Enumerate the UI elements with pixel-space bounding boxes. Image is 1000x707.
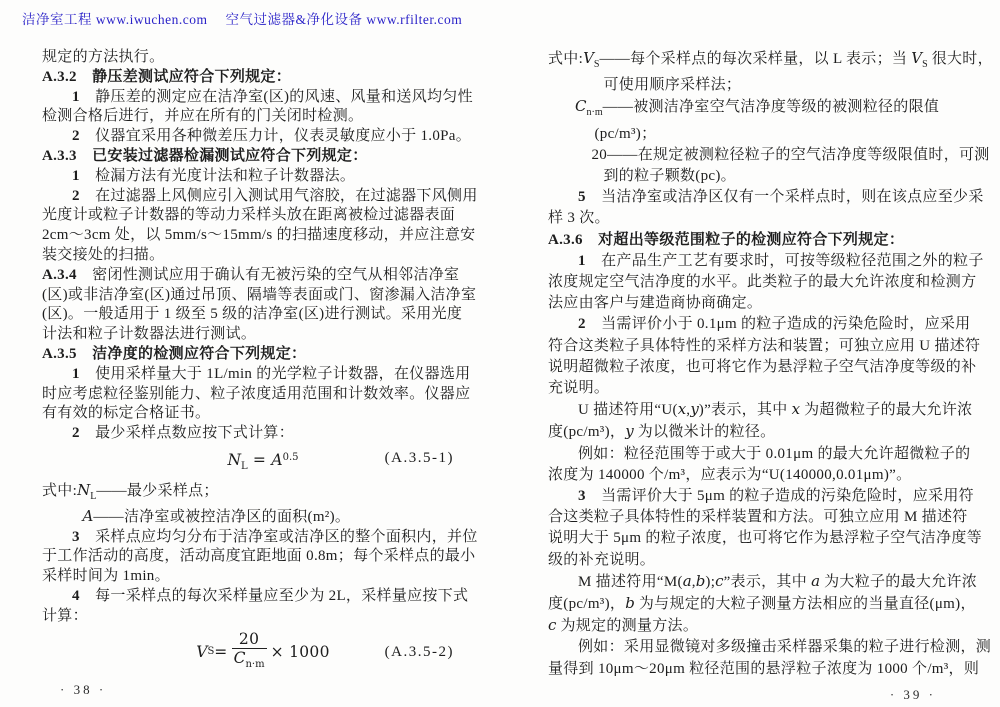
text-run: (pc/m³)； xyxy=(595,126,657,142)
text-run: A.3.2 静压差测试应符合下列规定： xyxy=(42,69,291,85)
text-line: 3 当需评价大于 5μm 的粒子造成的污染危险时，应采用符 xyxy=(548,486,972,507)
text-run: 很大时， xyxy=(928,51,993,67)
text-run: 为规定的测量方法。 xyxy=(556,618,698,634)
fraction-denominator: Cn·m xyxy=(232,649,267,674)
text-run: c xyxy=(715,572,723,590)
text-line: Cn·m——被测洁净室空气洁净度等级的被测粒径的限值 xyxy=(548,96,972,123)
text-run: a xyxy=(811,572,820,590)
text-run: 静压差的测定应在洁净室(区)的风速、风量和送风均匀性 xyxy=(80,89,473,105)
text-line: 有有效的标定合格证书。 xyxy=(42,404,484,424)
text-run: S xyxy=(207,646,214,657)
text-line: 2cm～3cm 处，以 5mm/s～15mm/s 的扫描速度移动，并应注意安 xyxy=(42,226,484,246)
text-line: (pc/m³)； xyxy=(548,124,972,145)
text-run: 为超微粒子的最大允许浓 xyxy=(800,402,972,418)
text-run: 检测合格后进行，并应在所有的门关闭时检测。 xyxy=(42,108,363,124)
text-run: 3 xyxy=(72,529,80,545)
page-number: · 39 · xyxy=(548,687,972,703)
text-run: ——最少采样点； xyxy=(96,483,218,499)
text-line: 样 3 次。 xyxy=(548,208,972,229)
equation-number: (A.3.5-2) xyxy=(385,629,454,675)
text-run: N xyxy=(77,481,90,499)
text-run: U 描述符用“U( xyxy=(578,402,678,418)
text-run: 4 xyxy=(72,588,80,604)
text-run: 时应考虑粒径鉴别能力、粒子浓度适用范围和计数效率。仪器应 xyxy=(42,386,470,402)
text-line: (区)或非洁净室(区)通过吊顶、隔墙等表面或门、窗渗漏入洁净室 xyxy=(42,286,484,306)
text-run: 为大粒子的最大允许浓 xyxy=(820,574,977,590)
text-line: A.3.2 静压差测试应符合下列规定： xyxy=(42,68,484,88)
fraction: 20Cn·m xyxy=(232,630,267,674)
text-run: (区)或非洁净室(区)通过吊顶、隔墙等表面或门、窗渗漏入洁净室 xyxy=(42,287,476,303)
text-line: 量得到 10μm～20μm 粒径范围的悬浮粒子浓度为 1000 个/m³，则 xyxy=(548,659,972,680)
text-run: 1 xyxy=(72,89,80,105)
text-run: 为与规定的大粒子测量方法相应的当量直径(μm)， xyxy=(635,596,976,612)
text-run: y xyxy=(690,400,698,418)
text-run: 例如：采用显微镜对多级撞击采样器采集的粒子进行检测，测 xyxy=(578,639,991,655)
text-run: ); xyxy=(705,574,715,590)
text-run: ——每个采样点的每次采样量，以 L 表示；当 xyxy=(599,51,911,67)
text-line: 1 使用采样量大于 1L/min 的光学粒子计数器，在仪器选用 xyxy=(42,365,484,385)
watermark-link-iwuchen[interactable]: 洁净室工程 www.iwuchen.com xyxy=(22,12,207,27)
text-run: x xyxy=(678,400,686,418)
text-run: 规定的方法执行。 xyxy=(42,49,164,65)
text-line: A.3.6 对超出等级范围粒子的检测应符合下列规定： xyxy=(548,230,972,251)
text-line: 1 静压差的测定应在洁净室(区)的风速、风量和送风均匀性 xyxy=(42,88,484,108)
text-line: 光度计或粒子计数器的等动力采样头放在距离被检过滤器表面 xyxy=(42,206,484,226)
text-run: y xyxy=(625,422,633,440)
text-run: 20——在规定被测粒径粒子的空气洁净度等级限值时，可测 xyxy=(592,147,990,163)
text-run: 充说明。 xyxy=(548,380,609,396)
text-run: 3 xyxy=(578,488,586,504)
text-run: L xyxy=(241,461,248,472)
text-run: 每一采样点的每次采样量应至少为 2L，采样量应按下式 xyxy=(80,588,469,604)
text-line: 检测合格后进行，并应在所有的门关闭时检测。 xyxy=(42,107,484,127)
page-number: · 38 · xyxy=(42,682,484,698)
page-39: 式中:VS——每个采样点的每次采样量，以 L 表示；当 VS 很大时，可使用顺序… xyxy=(548,48,972,703)
text-line: 法应由客户与建造商协商确定。 xyxy=(548,293,972,314)
text-line: 时应考虑粒径鉴别能力、粒子浓度适用范围和计数效率。仪器应 xyxy=(42,385,484,405)
text-line: 说明大于 5μm 的粒子浓度，也可将它作为悬浮粒子空气洁净度等 xyxy=(548,528,972,549)
text-run: 1 xyxy=(578,253,586,269)
fraction-numerator: 20 xyxy=(232,630,267,649)
text-run: V xyxy=(911,49,922,67)
text-run: 符合这类粒子具体特性的采样方法和装置；可独立应用 U 描述符 xyxy=(548,338,980,354)
text-run: 有有效的标定合格证书。 xyxy=(42,405,210,421)
watermark-link-rfilter[interactable]: 空气过滤器&净化设备 www.rfilter.com xyxy=(225,12,462,27)
text-run: 计算： xyxy=(42,608,88,624)
text-line: A——洁净室或被控洁净区的面积(m²)。 xyxy=(42,507,484,528)
text-run: b xyxy=(625,594,635,612)
text-run: 为以微米计的粒径。 xyxy=(634,424,776,440)
text-run: A.3.6 对超出等级范围粒子的检测应符合下列规定： xyxy=(548,232,904,248)
text-line: 度(pc/m³)，y 为以微米计的粒径。 xyxy=(548,421,972,443)
text-run: 样 3 次。 xyxy=(548,210,610,226)
text-run: 在产品生产工艺有要求时，可按等级粒径范围之外的粒子 xyxy=(586,253,984,269)
text-line: 5 当洁净室或洁净区仅有一个采样点时，则在该点应至少采 xyxy=(548,187,972,208)
text-run: 度(pc/m³)， xyxy=(548,424,625,440)
text-run: N xyxy=(227,451,241,469)
text-line: 充说明。 xyxy=(548,378,972,399)
text-run: 使用采样量大于 1L/min 的光学粒子计数器，在仪器选用 xyxy=(80,366,471,382)
equation: NL = A0.5(A.3.5-1) xyxy=(42,445,484,480)
text-line: c 为规定的测量方法。 xyxy=(548,615,972,637)
text-line: 符合这类粒子具体特性的采样方法和装置；可独立应用 U 描述符 xyxy=(548,336,972,357)
text-run: a xyxy=(683,572,692,590)
text-run: A xyxy=(271,451,282,469)
text-run: A.3.3 已安装过滤器检漏测试应符合下列规定： xyxy=(42,148,368,164)
equation-body: NL = A0.5 xyxy=(227,451,298,469)
text-line: A.3.3 已安装过滤器检漏测试应符合下列规定： xyxy=(42,147,484,167)
text-line: 2 在过滤器上风侧应引入测试用气溶胶，在过滤器下风侧用 xyxy=(42,187,484,207)
text-run: = xyxy=(214,643,227,661)
text-line: 度(pc/m³)，b 为与规定的大粒子测量方法相应的当量直径(μm)， xyxy=(548,593,972,615)
text-line: 采样时间为 1min。 xyxy=(42,567,484,587)
text-run: 级的补充说明。 xyxy=(548,552,655,568)
text-line: A.3.5 洁净度的检测应符合下列规定： xyxy=(42,345,484,365)
text-line: 20——在规定被测粒径粒子的空气洁净度等级限值时，可测 xyxy=(548,145,972,166)
text-run: 1 xyxy=(72,366,80,382)
text-run: ”表示，其中 xyxy=(724,574,812,590)
text-run: A.3.5 洁净度的检测应符合下列规定： xyxy=(42,346,306,362)
text-run: 采样点应均匀分布于洁净室或洁净区的整个面积内，并位 xyxy=(80,529,478,545)
text-run: 当洁净室或洁净区仅有一个采样点时，则在该点应至少采 xyxy=(586,189,984,205)
text-run: 到的粒子颗数(pc)。 xyxy=(604,168,736,184)
text-line: 到的粒子颗数(pc)。 xyxy=(548,166,972,187)
text-run: ——洁净室或被控洁净区的面积(m²)。 xyxy=(93,509,350,525)
text-line: 2 当需评价小于 0.1μm 的粒子造成的污染危险时，应采用 xyxy=(548,314,972,335)
text-line: M 描述符用“M(a,b);c”表示，其中 a 为大粒子的最大允许浓 xyxy=(548,571,972,593)
text-run: 于工作活动的高度，活动高度宜距地面 0.8m；每个采样点的最小 xyxy=(42,548,475,564)
text-run: 光度计或粒子计数器的等动力采样头放在距离被检过滤器表面 xyxy=(42,207,455,223)
text-run: 0.5 xyxy=(283,452,299,463)
text-line: 合这类粒子具体特性的采样装置和方法。可独立应用 M 描述符 xyxy=(548,507,972,528)
text-run: 例如：粒径范围等于或大于 0.01μm 的最大允许超微粒子的 xyxy=(578,446,970,462)
text-run: 计法和粒子计数器法进行测试。 xyxy=(42,326,256,342)
text-run: 最少采样点数应按下式计算： xyxy=(80,425,294,441)
text-run: 20 xyxy=(239,630,259,648)
text-line: 4 每一采样点的每次采样量应至少为 2L，采样量应按下式 xyxy=(42,587,484,607)
text-run: 说明大于 5μm 的粒子浓度，也可将它作为悬浮粒子空气洁净度等 xyxy=(548,530,982,546)
text-line: A.3.4 密闭性测试应用于确认有无被污染的空气从相邻洁净室 xyxy=(42,266,484,286)
text-run: M 描述符用“M( xyxy=(578,574,683,590)
text-run: 法应由客户与建造商协商确定。 xyxy=(548,295,762,311)
text-run: 2 xyxy=(72,188,80,204)
text-line: 级的补充说明。 xyxy=(548,550,972,571)
text-run: 采样时间为 1min。 xyxy=(42,568,170,584)
text-line: 说明超微粒子浓度，也可将它作为悬浮粒子空气洁净度等级的补 xyxy=(548,357,972,378)
text-run: n·m xyxy=(586,107,602,118)
text-line: 1 检漏方法有光度计法和粒子计数器法。 xyxy=(42,167,484,187)
text-run: × 1000 xyxy=(271,643,330,661)
text-run: 仪器宜采用各种微差压力计，仪表灵敏度应小于 1.0Pa。 xyxy=(80,128,471,144)
text-run: 式中: xyxy=(548,51,583,67)
text-run: ——被测洁净室空气洁净度等级的被测粒径的限值 xyxy=(603,99,940,115)
text-run: (区)。一般适用于 1 级至 5 级的洁净室(区)进行测试。采用光度 xyxy=(42,306,462,322)
text-line: 于工作活动的高度，活动高度宜距地面 0.8m；每个采样点的最小 xyxy=(42,547,484,567)
text-run: 浓度规定空气洁净度的水平。此类粒子的最大允许浓度和检测方 xyxy=(548,274,976,290)
text-run: A xyxy=(83,507,94,525)
text-run: x xyxy=(792,400,800,418)
text-line: 计算： xyxy=(42,607,484,627)
page-38: 规定的方法执行。A.3.2 静压差测试应符合下列规定：1 静压差的测定应在洁净室… xyxy=(42,48,484,698)
text-line: 式中:NL——最少采样点； xyxy=(42,481,484,507)
text-line: 可使用顺序采样法； xyxy=(548,75,972,96)
text-run: 2 xyxy=(72,425,80,441)
text-line: 浓度为 140000 个/m³，应表示为“U(140000,0.01μm)”。 xyxy=(548,465,972,486)
text-line: 式中:VS——每个采样点的每次采样量，以 L 表示；当 VS 很大时， xyxy=(548,48,972,75)
text-run: 合这类粒子具体特性的采样装置和方法。可独立应用 M 描述符 xyxy=(548,509,968,525)
text-run: 1 xyxy=(72,168,80,184)
text-line: 浓度规定空气洁净度的水平。此类粒子的最大允许浓度和检测方 xyxy=(548,272,972,293)
text-run: n·m xyxy=(245,659,264,670)
text-line: 装交接处的扫描。 xyxy=(42,246,484,266)
text-run: )”表示，其中 xyxy=(699,402,792,418)
equation: VS = 20Cn·m × 1000(A.3.5-2) xyxy=(42,629,484,675)
text-run: V xyxy=(196,643,207,661)
text-run: 量得到 10μm～20μm 粒径范围的悬浮粒子浓度为 1000 个/m³，则 xyxy=(548,661,979,677)
text-run: 度(pc/m³)， xyxy=(548,596,625,612)
text-run: A.3.4 xyxy=(42,267,77,283)
text-run: 在过滤器上风侧应引入测试用气溶胶，在过滤器下风侧用 xyxy=(80,188,478,204)
text-line: 例如：粒径范围等于或大于 0.01μm 的最大允许超微粒子的 xyxy=(548,444,972,465)
text-run: = xyxy=(248,451,272,469)
text-run: 2 xyxy=(578,316,586,332)
text-line: 2 最少采样点数应按下式计算： xyxy=(42,424,484,444)
text-run: 检漏方法有光度计法和粒子计数器法。 xyxy=(80,168,355,184)
text-run: 说明超微粒子浓度，也可将它作为悬浮粒子空气洁净度等级的补 xyxy=(548,359,976,375)
text-run: C xyxy=(234,649,246,667)
text-run: b xyxy=(696,572,706,590)
text-run: 5 xyxy=(578,189,586,205)
text-run: 当需评价小于 0.1μm 的粒子造成的污染危险时，应采用 xyxy=(586,316,971,332)
text-line: 2 仪器宜采用各种微差压力计，仪表灵敏度应小于 1.0Pa。 xyxy=(42,127,484,147)
text-run: 浓度为 140000 个/m³，应表示为“U(140000,0.01μm)”。 xyxy=(548,467,911,483)
text-run: 2cm～3cm 处，以 5mm/s～15mm/s 的扫描速度移动，并应注意安 xyxy=(42,227,475,243)
text-line: 计法和粒子计数器法进行测试。 xyxy=(42,325,484,345)
text-line: 例如：采用显微镜对多级撞击采样器采集的粒子进行检测，测 xyxy=(548,637,972,658)
text-line: 规定的方法执行。 xyxy=(42,48,484,68)
text-run: 2 xyxy=(72,128,80,144)
equation-body: VS = 20Cn·m × 1000 xyxy=(196,629,330,675)
text-line: 3 采样点应均匀分布于洁净室或洁净区的整个面积内，并位 xyxy=(42,528,484,548)
text-run: 式中: xyxy=(42,483,77,499)
text-run: 密闭性测试应用于确认有无被污染的空气从相邻洁净室 xyxy=(77,267,460,283)
text-run: C xyxy=(575,97,586,115)
text-line: 1 在产品生产工艺有要求时，可按等级粒径范围之外的粒子 xyxy=(548,251,972,272)
site-watermark-bar: 洁净室工程 www.iwuchen.com空气过滤器&净化设备 www.rfil… xyxy=(22,8,462,28)
text-line: U 描述符用“U(x,y)”表示，其中 x 为超微粒子的最大允许浓 xyxy=(548,399,972,421)
text-run: 装交接处的扫描。 xyxy=(42,247,164,263)
text-run: 当需评价大于 5μm 的粒子造成的污染危险时，应采用符 xyxy=(586,488,974,504)
equation-number: (A.3.5-1) xyxy=(385,445,454,480)
text-run: V xyxy=(583,49,594,67)
text-line: (区)。一般适用于 1 级至 5 级的洁净室(区)进行测试。采用光度 xyxy=(42,305,484,325)
text-run: 可使用顺序采样法； xyxy=(604,77,742,93)
